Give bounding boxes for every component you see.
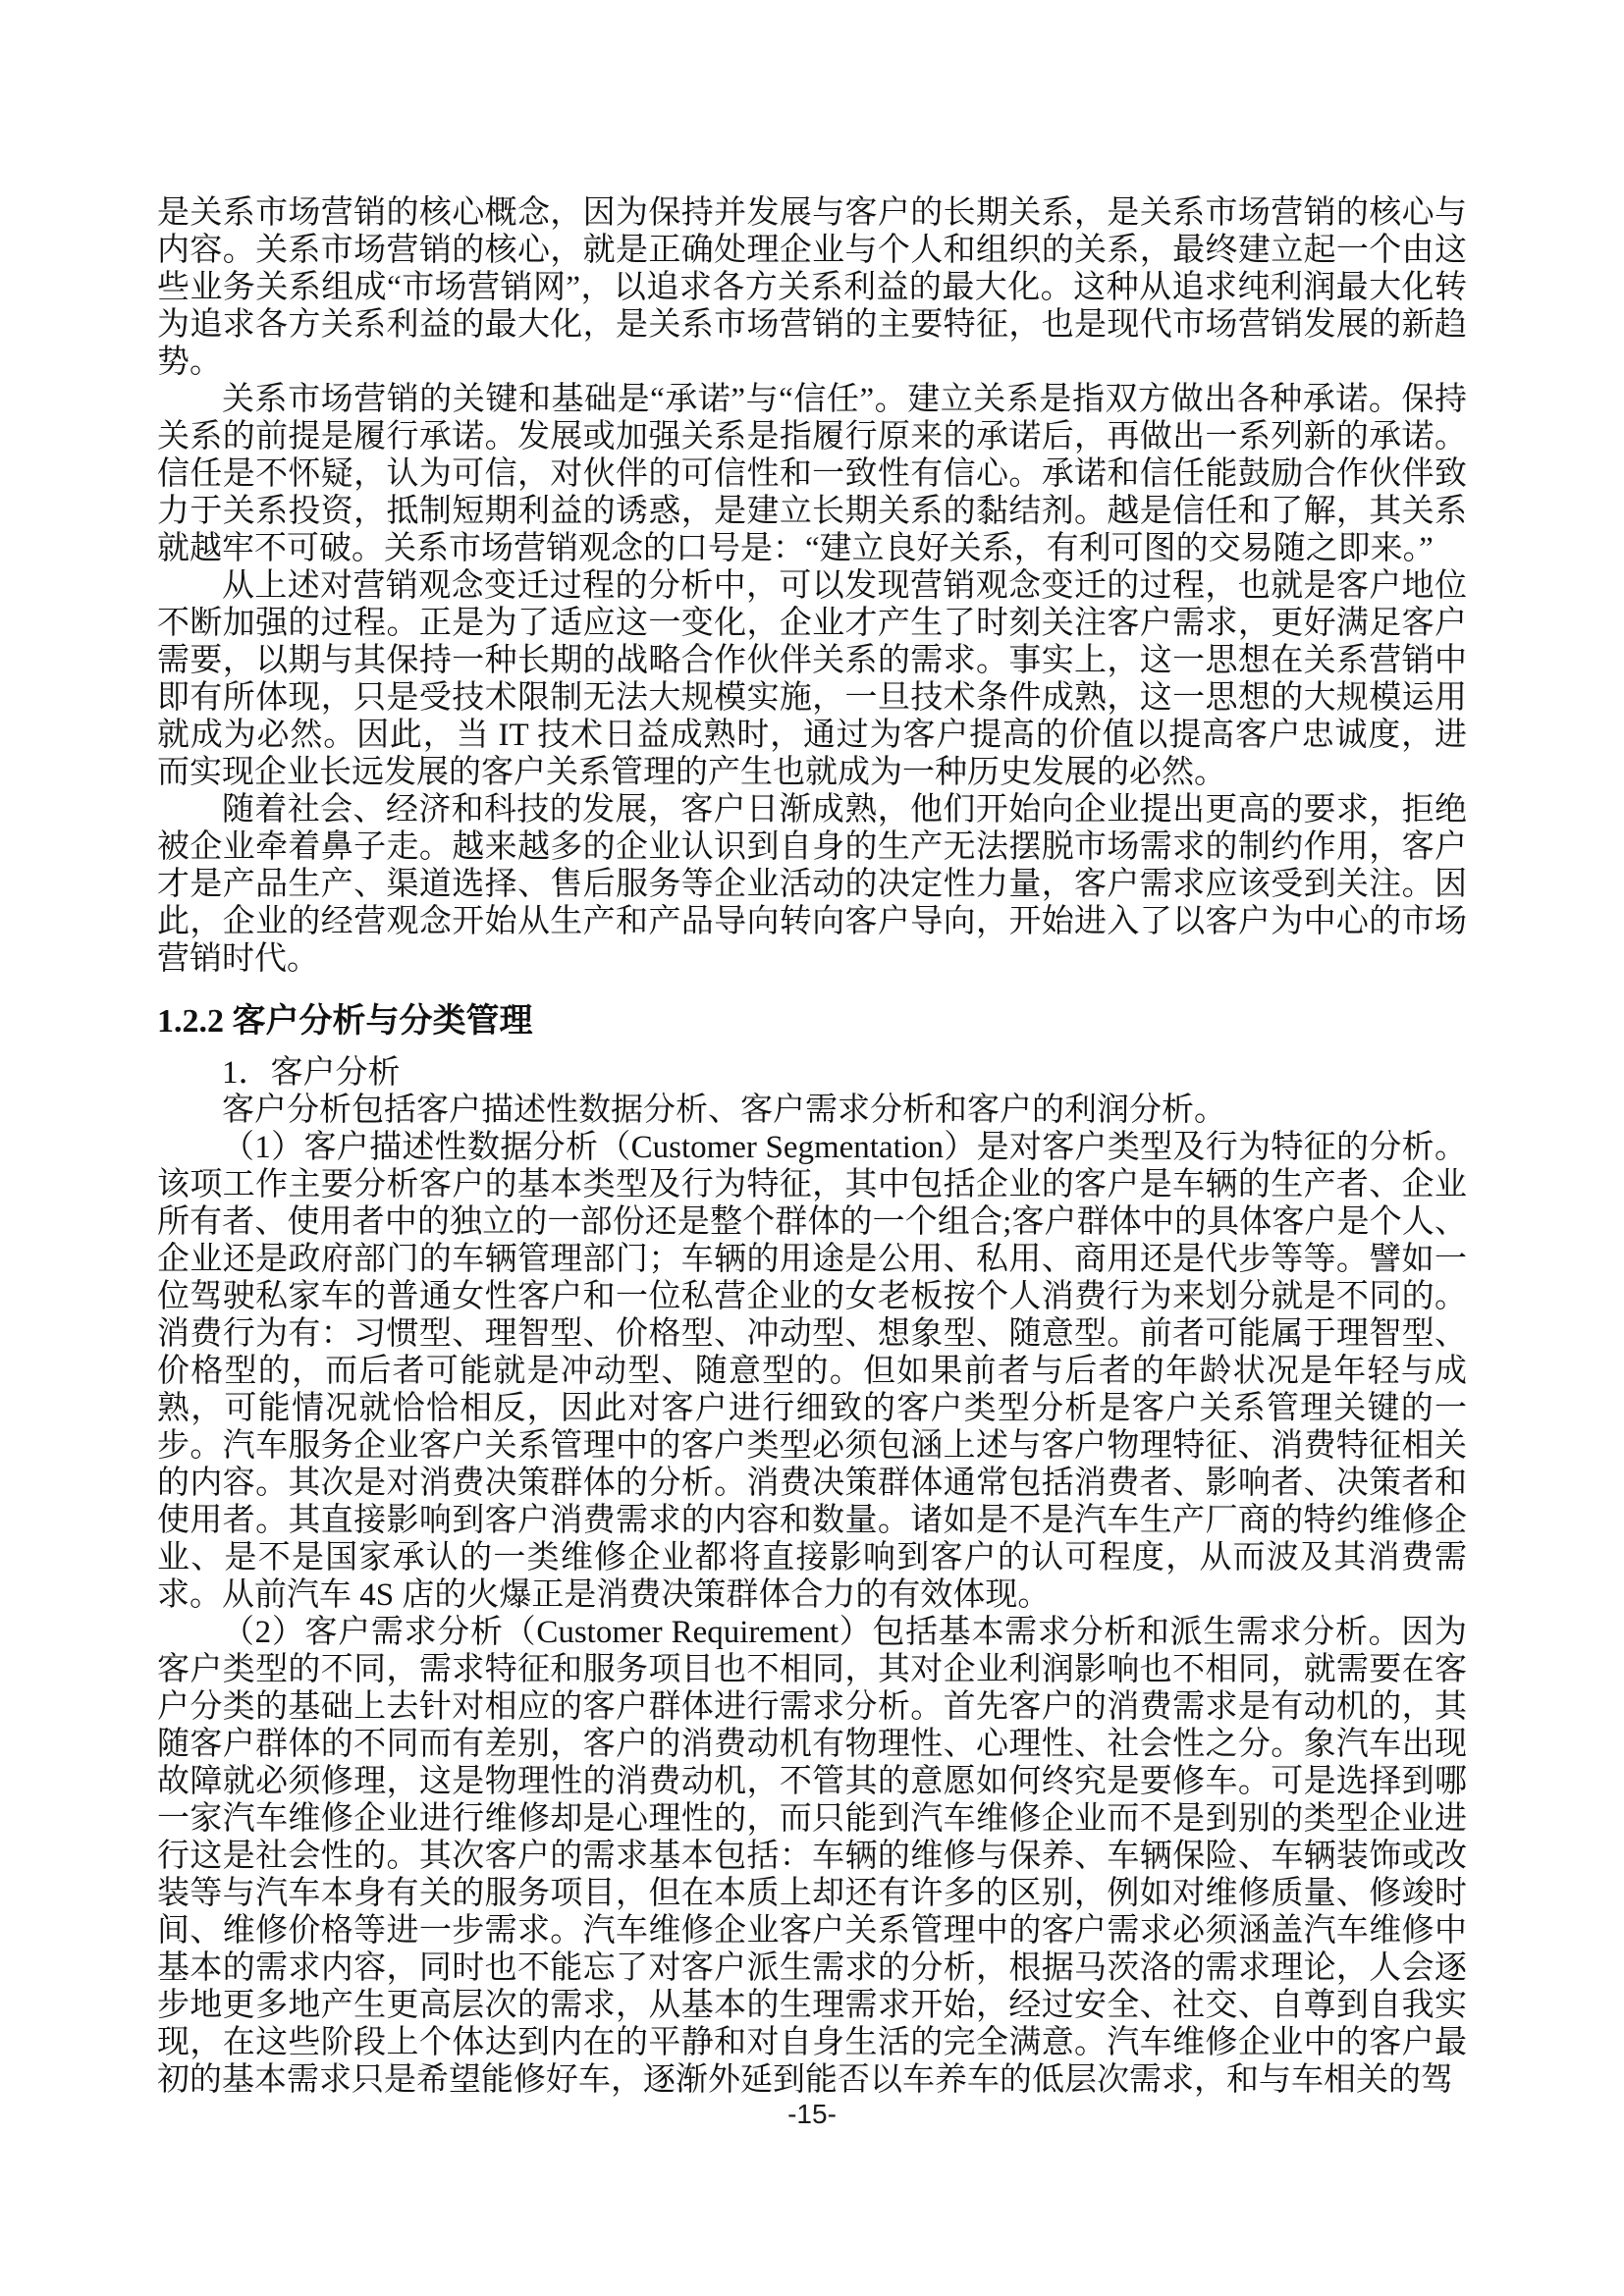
numbered-item-heading: 1．客户分析 (157, 1054, 1467, 1092)
text-block: 是关系市场营销的核心概念，因为保持并发展与客户的长期关系，是关系市场营销的核心与… (157, 194, 1467, 2099)
section-heading-1-2-2: 1.2.2 客户分析与分类管理 (157, 999, 1467, 1044)
document-page: { "document": { "blocks": [ { "type": "b… (0, 0, 1624, 2296)
paragraph-continued-from-previous-page: 是关系市场营销的核心概念，因为保持并发展与客户的长期关系，是关系市场营销的核心与… (157, 194, 1467, 381)
paragraph: 从上述对营销观念变迁过程的分析中，可以发现营销观念变迁的过程，也就是客户地位不断… (157, 567, 1467, 791)
paragraph: 随着社会、经济和科技的发展，客户日渐成熟，他们开始向企业提出更高的要求，拒绝被企… (157, 791, 1467, 978)
paragraph: 关系市场营销的关键和基础是“承诺”与“信任”。建立关系是指双方做出各种承诺。保持… (157, 381, 1467, 567)
paragraph: 客户分析包括客户描述性数据分析、客户需求分析和客户的利润分析。 (157, 1092, 1467, 1129)
page-number: -15- (0, 2099, 1624, 2130)
paragraph: （1）客户描述性数据分析（Customer Segmentation）是对客户类… (157, 1129, 1467, 1614)
paragraph-continues-next-page: （2）客户需求分析（Customer Requirement）包括基本需求分析和… (157, 1614, 1467, 2099)
